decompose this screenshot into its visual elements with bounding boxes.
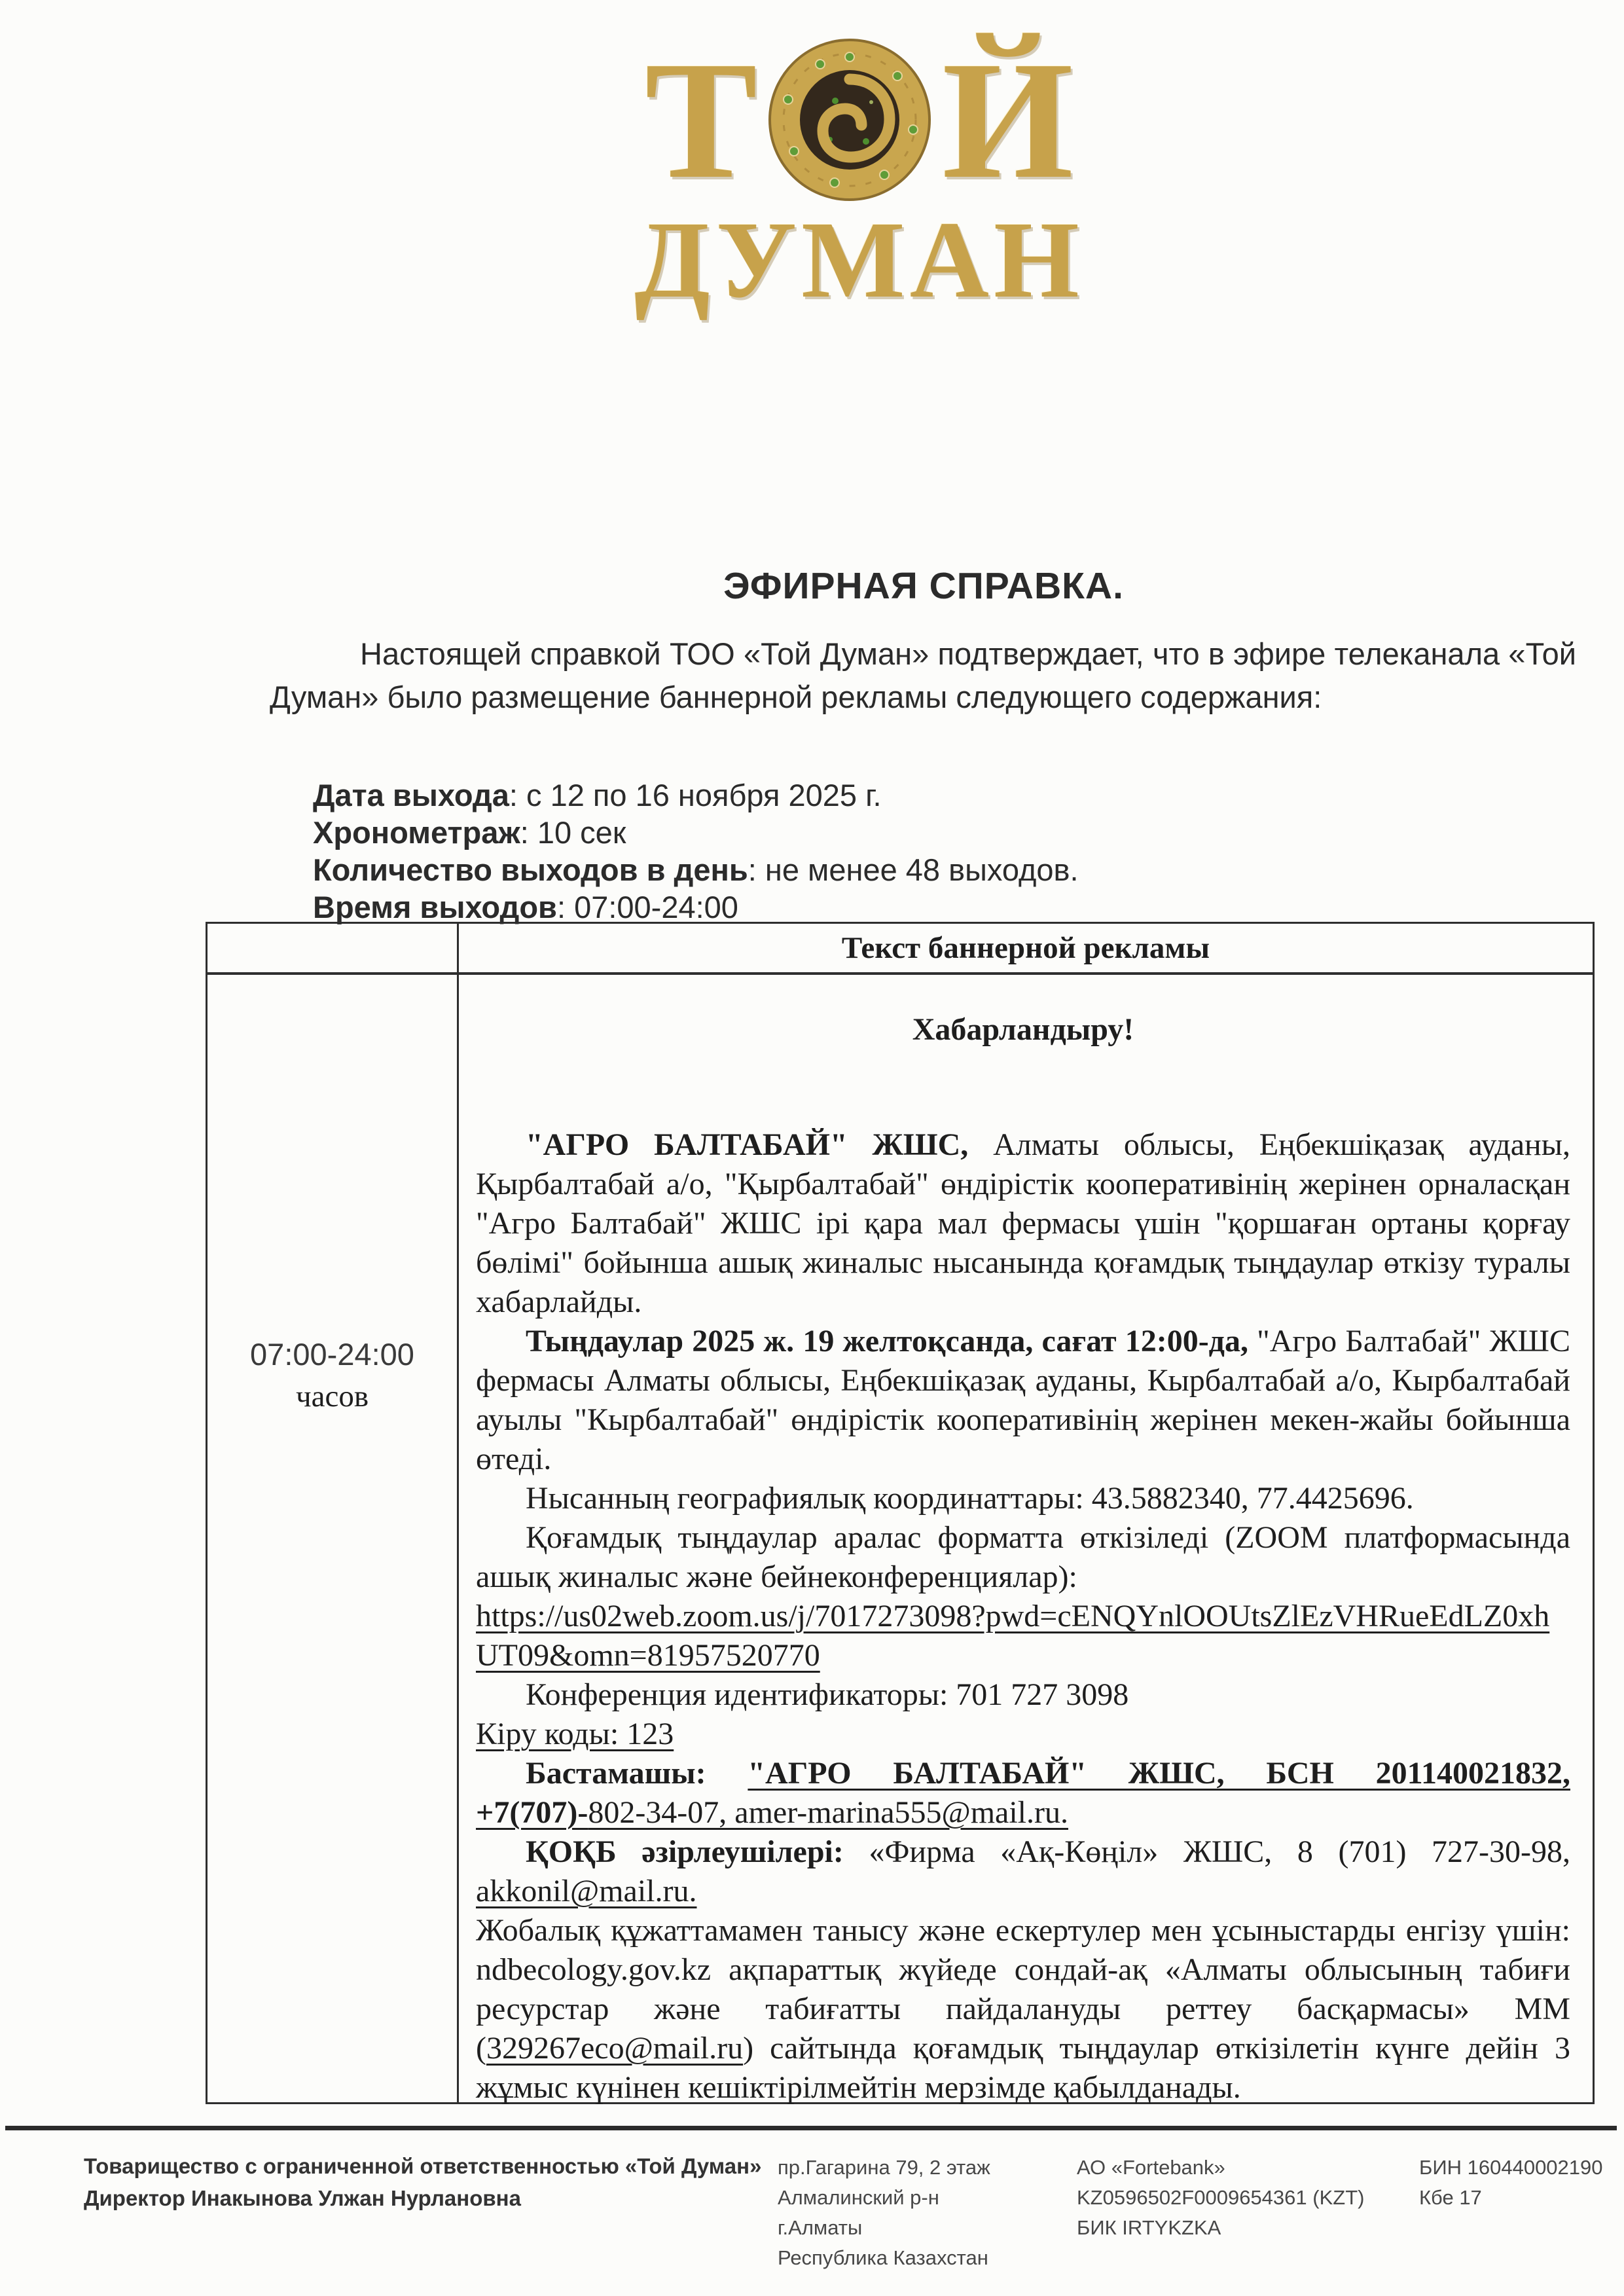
broadcast-details: Дата выхода: с 12 по 16 ноября 2025 г. Х… xyxy=(313,776,1079,926)
ad-table: Текст баннерной рекламы 07:00-24:00 часо… xyxy=(206,922,1595,2104)
air-time-range: 07:00-24:00 xyxy=(208,1336,457,1372)
detail-spots-per-day: Количество выходов в день: не менее 48 в… xyxy=(313,851,1079,888)
ad-table-body-row: 07:00-24:00 часов Хабарландыру! "АГРО БА… xyxy=(208,975,1593,2102)
table-header-label: Текст баннерной рекламы xyxy=(459,924,1593,972)
zoom-link-paragraph: https://us02web.zoom.us/j/7017273098?pwd… xyxy=(476,1597,1570,1675)
detail-label: Количество выходов в день xyxy=(313,852,748,887)
footer-address-street: пр.Гагарина 79, 2 этаж xyxy=(778,2153,990,2183)
footer-bin: БИН 160440002190 xyxy=(1419,2153,1603,2183)
footer-company-block: Товарищество с ограниченной ответственно… xyxy=(84,2150,761,2214)
initiator-label: Бастамашы: xyxy=(526,1756,748,1791)
document-page: Т xyxy=(0,0,1624,2296)
logo-letter-t: Т xyxy=(645,38,757,202)
detail-air-dates: Дата выхода: с 12 по 16 ноября 2025 г. xyxy=(313,776,1079,814)
detail-duration: Хронометраж: 10 сек xyxy=(313,814,1079,851)
footer-bank-name: АО «Fortebank» xyxy=(1077,2153,1364,2183)
ad-paragraph-developer: ҚОҚБ әзірлеушілері: «Фирма «Ақ-Көңіл» ЖШ… xyxy=(476,1832,1570,1911)
footer-kbe: Кбе 17 xyxy=(1419,2183,1603,2213)
header-time-cell xyxy=(208,924,459,972)
detail-value: : 07:00-24:00 xyxy=(557,890,738,924)
detail-value: : с 12 по 16 ноября 2025 г. xyxy=(509,778,882,812)
ad-paragraph-conference-id: Конференция идентификаторы: 701 727 3098 xyxy=(476,1675,1570,1715)
footer-address-city: г.Алматы xyxy=(778,2213,990,2243)
eco-email-link[interactable]: 329267eco@mail.ru xyxy=(486,2031,743,2066)
company-name-bold: "АГРО БАЛТАБАЙ" ЖШС, xyxy=(526,1127,968,1162)
detail-label: Время выходов xyxy=(313,890,557,924)
ad-text-cell: Хабарландыру! "АГРО БАЛТАБАЙ" ЖШС, Алмат… xyxy=(459,975,1593,2102)
footer-bank-iban: KZ0596502F0009654361 (KZT) xyxy=(1077,2183,1364,2213)
footer-address-district: Алмалинский р-н xyxy=(778,2183,990,2213)
intro-paragraph: Настоящей справкой ТОО «Той Думан» подтв… xyxy=(270,632,1576,719)
detail-value: : 10 сек xyxy=(520,815,626,850)
footer-director: Директор Инакынова Улжан Нурлановна xyxy=(84,2182,761,2214)
logo-medallion-icon xyxy=(768,38,931,202)
logo-letter-y: Й xyxy=(942,38,1074,202)
footer-divider xyxy=(5,2126,1617,2130)
document-title: ЭФИРНАЯ СПРАВКА. xyxy=(270,564,1578,608)
ad-table-header-row: Текст баннерной рекламы xyxy=(208,924,1593,975)
ad-paragraph-feedback: Жобалық құжаттамамен танысу және ескерту… xyxy=(476,1911,1570,2107)
detail-label: Дата выхода xyxy=(313,778,509,812)
ad-paragraph-initiator: Бастамашы: "АГРО БАЛТАБАЙ" ЖШС, БСН 2011… xyxy=(476,1754,1570,1832)
ad-heading: Хабарландыру! xyxy=(476,1010,1570,1049)
ad-paragraph-access-code: Кіру коды: 123 xyxy=(476,1715,1570,1754)
footer-company-name: Товарищество с ограниченной ответственно… xyxy=(84,2150,761,2182)
akkonil-email-link[interactable]: akkonil@mail.ru. xyxy=(476,1874,696,1908)
ad-paragraph-format: Қоғамдық тыңдаулар аралас форматта өткіз… xyxy=(476,1518,1570,1597)
ad-paragraph-company: "АГРО БАЛТАБАЙ" ЖШС, Алматы облысы, Еңбе… xyxy=(476,1125,1570,1322)
ad-paragraph-hearing-date: Тыңдаулар 2025 ж. 19 желтоқсанда, сағат … xyxy=(476,1322,1570,1479)
air-time-unit: часов xyxy=(208,1379,457,1414)
footer-bank-bic: БИК IRTYKZKA xyxy=(1077,2213,1364,2243)
detail-label: Хронометраж xyxy=(313,815,520,850)
footer-address-block: пр.Гагарина 79, 2 этаж Алмалинский р-н г… xyxy=(778,2153,990,2273)
footer-ids-block: БИН 160440002190 Кбе 17 xyxy=(1419,2153,1603,2213)
channel-logo: Т xyxy=(0,38,1624,309)
logo-word-duman: ДУМАН xyxy=(47,211,1624,309)
ad-paragraph-coordinates: Нысанның географиялық координаттары: 43.… xyxy=(476,1479,1570,1518)
logo-word-toi: Т xyxy=(47,38,1624,202)
zoom-meeting-link[interactable]: https://us02web.zoom.us/j/7017273098?pwd… xyxy=(476,1599,1549,1673)
detail-value: : не менее 48 выходов. xyxy=(748,852,1079,887)
initiator-contacts: 802-34-07, amer-marina555@mail.ru. xyxy=(588,1795,1068,1830)
detail-air-time: Время выходов: 07:00-24:00 xyxy=(313,888,1079,926)
access-code-text: Кіру коды: 123 xyxy=(476,1717,674,1751)
developer-label: ҚОҚБ әзірлеушілері: xyxy=(526,1834,844,1869)
footer-address-country: Республика Казахстан xyxy=(778,2243,990,2273)
footer-bank-block: АО «Fortebank» KZ0596502F0009654361 (KZT… xyxy=(1077,2153,1364,2243)
hearing-date-bold: Тыңдаулар 2025 ж. 19 желтоқсанда, сағат … xyxy=(526,1324,1248,1358)
air-time-cell: 07:00-24:00 часов xyxy=(208,975,459,2102)
